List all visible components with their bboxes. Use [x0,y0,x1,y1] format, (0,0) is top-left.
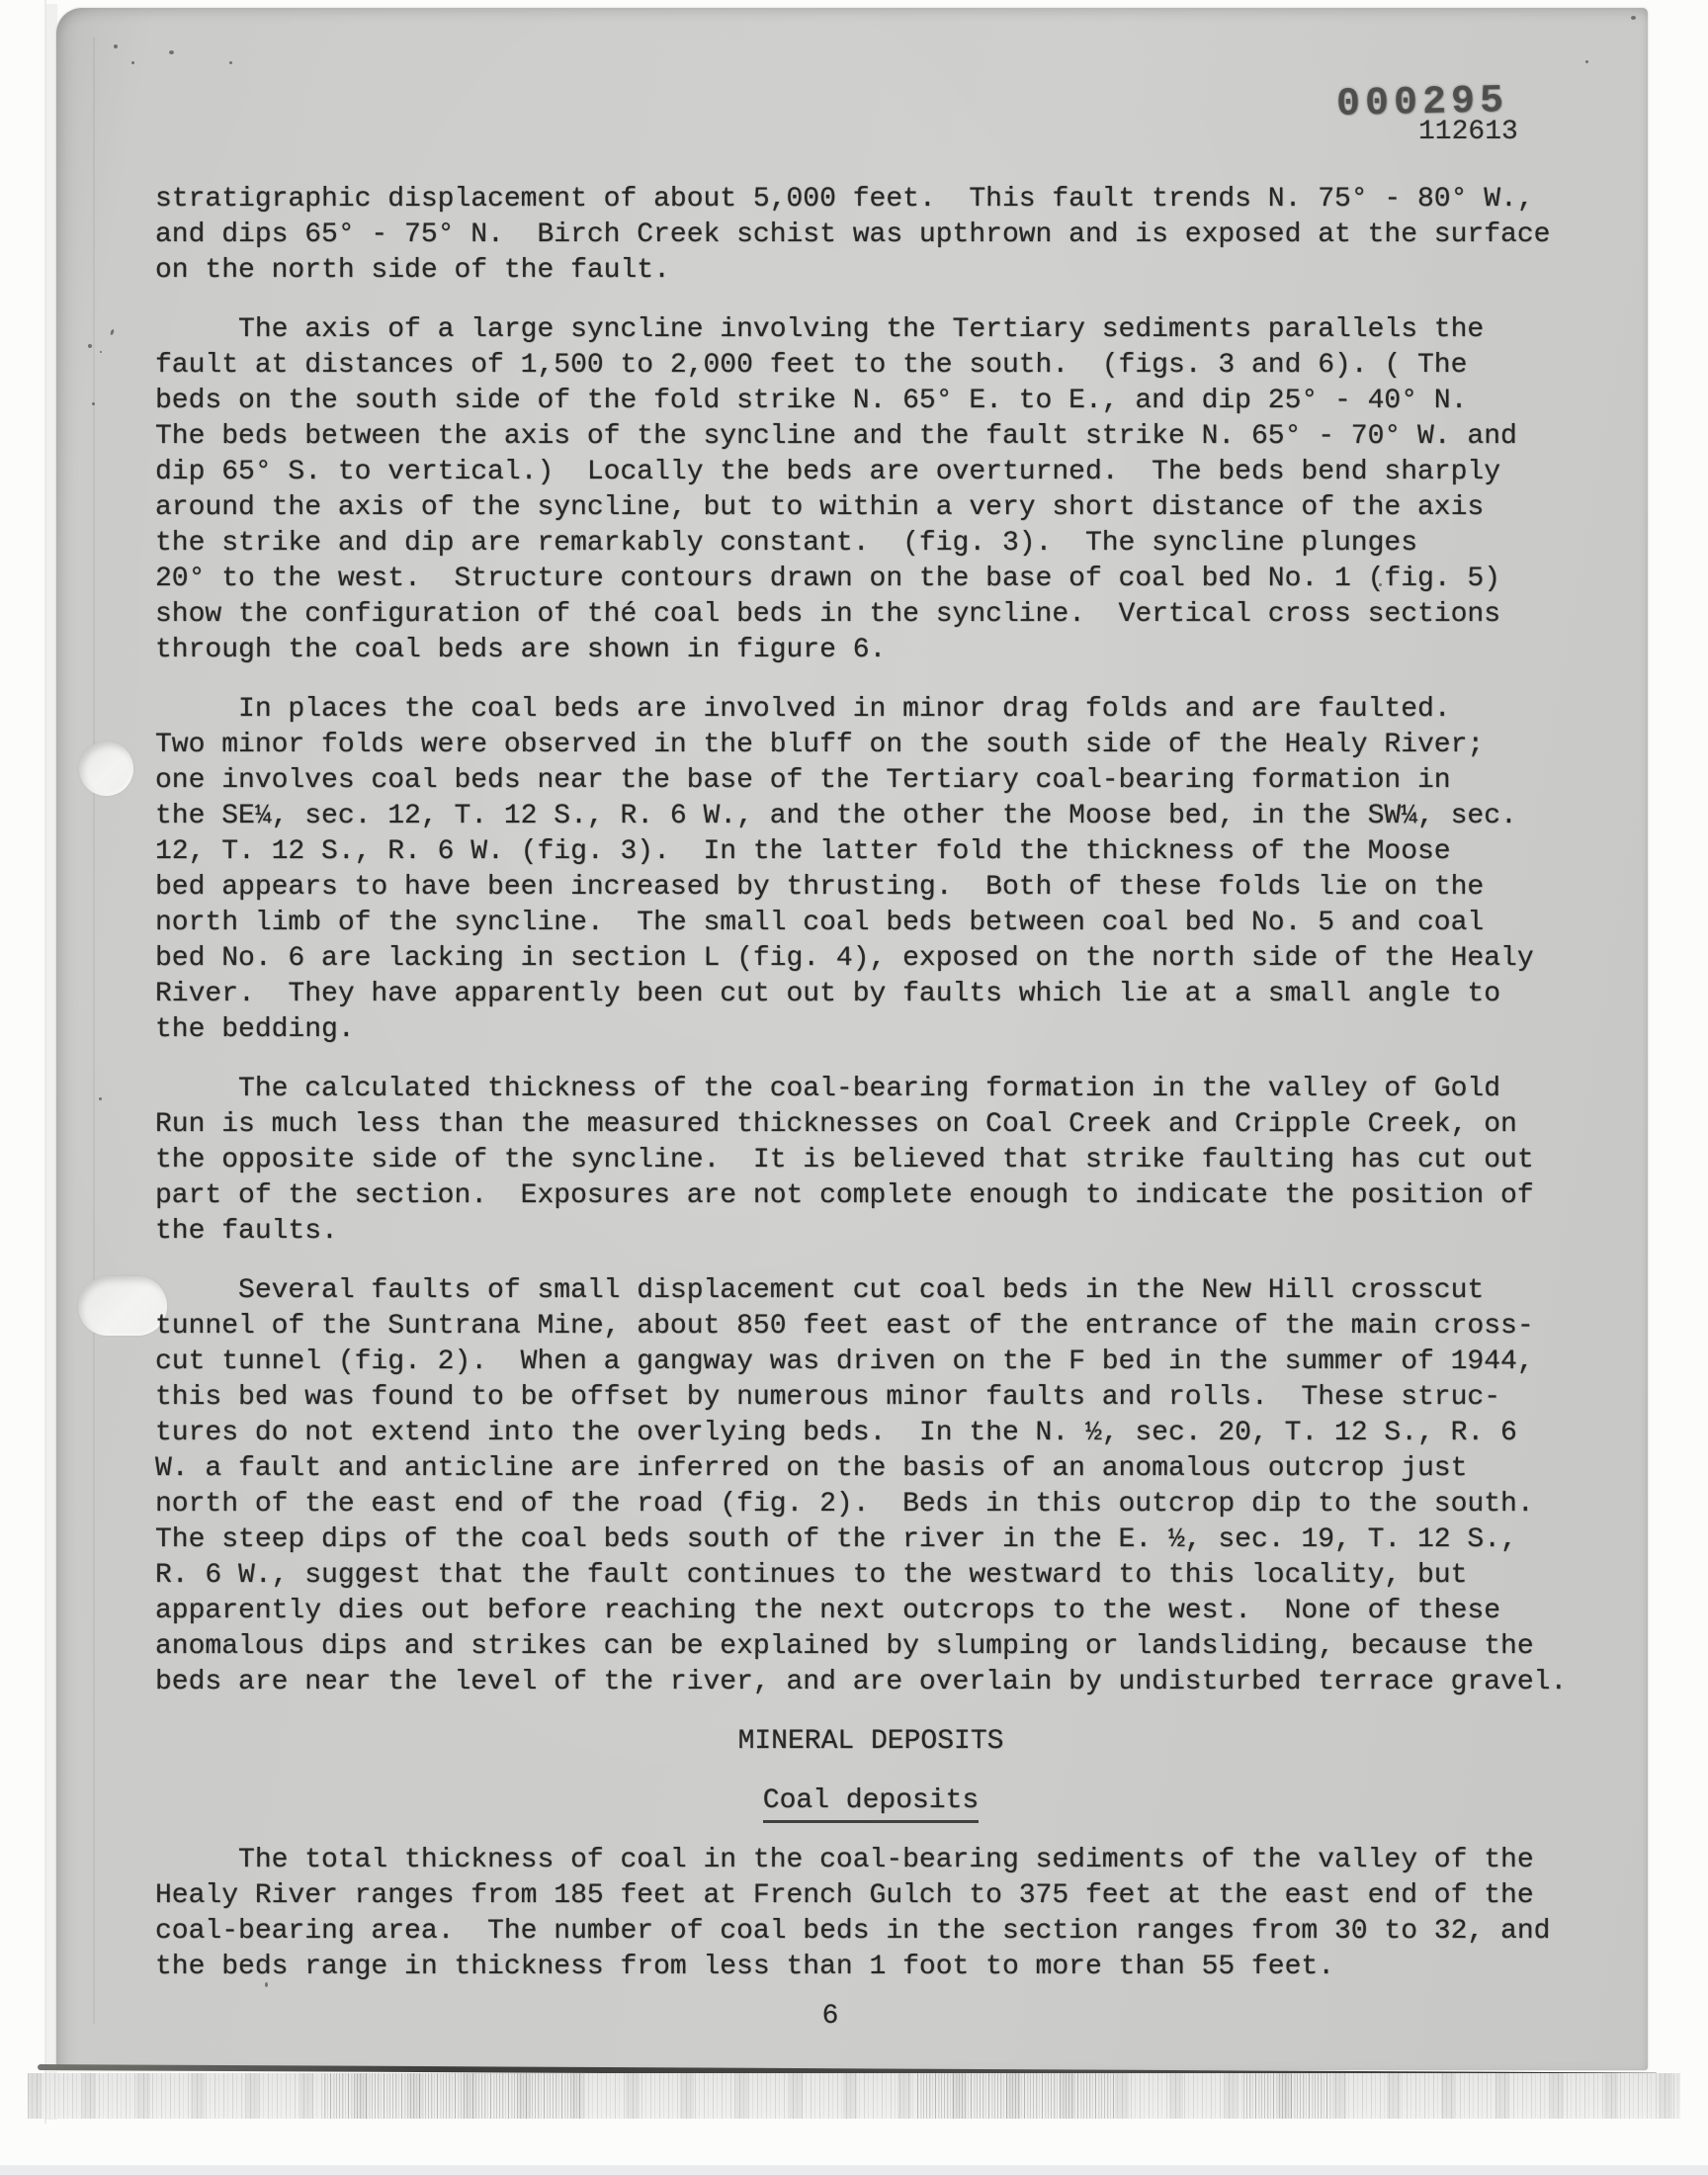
scanner-noise-band [28,2073,1680,2119]
page-number: 6 [35,2001,1626,2032]
paragraph-syncline-axis: The axis of a large syncline involving t… [155,312,1586,668]
speck [131,61,134,64]
speck [229,61,232,64]
speck [1585,60,1588,63]
scan-bottom-strip [0,2165,1708,2175]
scan-background: 000295 112613 stratigraphic displacement… [0,0,1708,2175]
scanner-streaks [324,2073,581,2119]
document-page: 000295 112613 stratigraphic displacement… [56,8,1648,2070]
speck [99,1097,102,1100]
speck [114,44,118,48]
document-body: stratigraphic displacement of about 5,00… [155,182,1586,2009]
section-heading: MINERAL DEPOSITS [155,1724,1586,1760]
paragraph-drag-folds: In places the coal beds are involved in … [155,692,1586,1048]
subsection-heading: Coal deposits [155,1783,1586,1819]
speck [265,1982,268,1987]
paragraph-coal-thickness: The total thickness of coal in the coal-… [155,1843,1586,1985]
paragraph-small-faults: Several faults of small displacement cut… [155,1273,1586,1700]
typed-document-number: 112613 [1418,117,1518,147]
paragraph-calculated-thickness: The calculated thickness of the coal-bea… [155,1072,1586,1250]
speck [169,50,174,54]
paper-crease [93,38,95,2025]
speck [88,344,92,348]
scanner-streaks [917,2073,1115,2119]
speck [92,402,95,405]
paragraph-fault-displacement: stratigraphic displacement of about 5,00… [155,182,1586,289]
scanner-streaks [1243,2073,1332,2119]
speck [100,351,102,353]
punch-hole-bottom [78,1276,167,1336]
speck [1379,583,1382,586]
punch-hole-top [79,741,133,796]
speck [1631,16,1636,20]
subsection-heading-text: Coal deposits [763,1785,979,1823]
